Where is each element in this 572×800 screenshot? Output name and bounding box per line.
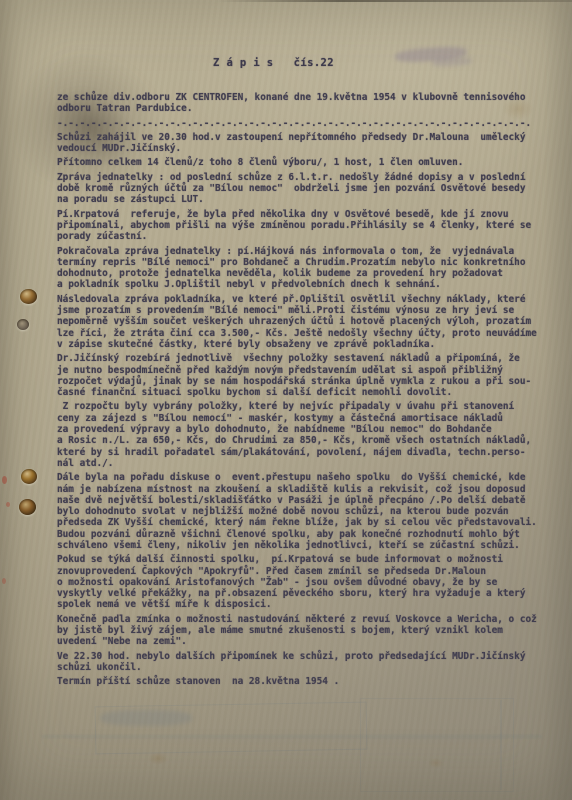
- document-title: Z á p i s čís.22: [213, 57, 562, 69]
- paragraph: Konečně padla zmínka o možnosti nastudov…: [57, 614, 562, 648]
- ink-bleed-mark: [95, 702, 368, 755]
- red-ink-speck: [2, 476, 7, 484]
- paragraph: Z rozpočtu byly vybrány položky, které b…: [57, 401, 562, 469]
- paragraph: Dr.Jičínský rozebírá jednotlivě všechny …: [57, 353, 562, 398]
- dashed-divider: -.-.-.-.-.-.-.-.-.-.-.-.-.-.-.-.-.-.-.-.…: [57, 118, 562, 129]
- paper-stain: [428, 758, 444, 768]
- paragraph-attendance: Přítomno celkem 14 členů/z toho 8 členů …: [57, 157, 562, 168]
- paper-stain: [148, 752, 168, 765]
- scanned-document-page: Z á p i s čís.22 ze schůze div.odboru ZK…: [0, 0, 572, 800]
- ink-bleed-mark: [42, 735, 542, 738]
- punch-hole: [20, 289, 37, 304]
- paragraph: Pokud se týká další činnosti spolku, pí.…: [57, 554, 562, 610]
- paragraph: Následovala zpráva pokladníka, ve které …: [57, 294, 562, 350]
- paragraph: Pí.Krpatová referuje, že byla před někol…: [57, 209, 562, 243]
- photo-top-edge: [217, 0, 572, 2]
- paragraph-opening: Schůzi zahájil ve 20.30 hod.v zastoupení…: [57, 132, 562, 155]
- paragraph: Dále byla na pořadu diskuse o event.přes…: [57, 472, 562, 551]
- paragraph: Pokračovala zpráva jednatelky : pí.Hájko…: [57, 246, 562, 291]
- document-content: Z á p i s čís.22 ze schůze div.odboru ZK…: [57, 57, 562, 691]
- ink-bleed-mark: [100, 710, 192, 726]
- punch-hole: [19, 499, 36, 515]
- paragraph-closing: Ve 22.30 hod. nebylo dalších připomínek …: [57, 651, 562, 674]
- paragraph-intro: ze schůze div.odboru ZK CENTROFEN, konan…: [57, 92, 562, 115]
- paragraph: Zpráva jednatelky : od poslední schůze z…: [57, 172, 562, 206]
- red-ink-speck: [2, 578, 6, 584]
- punch-hole: [21, 469, 37, 484]
- ink-bleed-mark: [360, 698, 514, 792]
- red-ink-speck: [6, 502, 10, 507]
- paragraph-next-meeting: Termín příští schůze stanoven na 28.květ…: [57, 676, 562, 687]
- punch-hole: [17, 319, 29, 330]
- ink-bleed-mark: [500, 700, 502, 790]
